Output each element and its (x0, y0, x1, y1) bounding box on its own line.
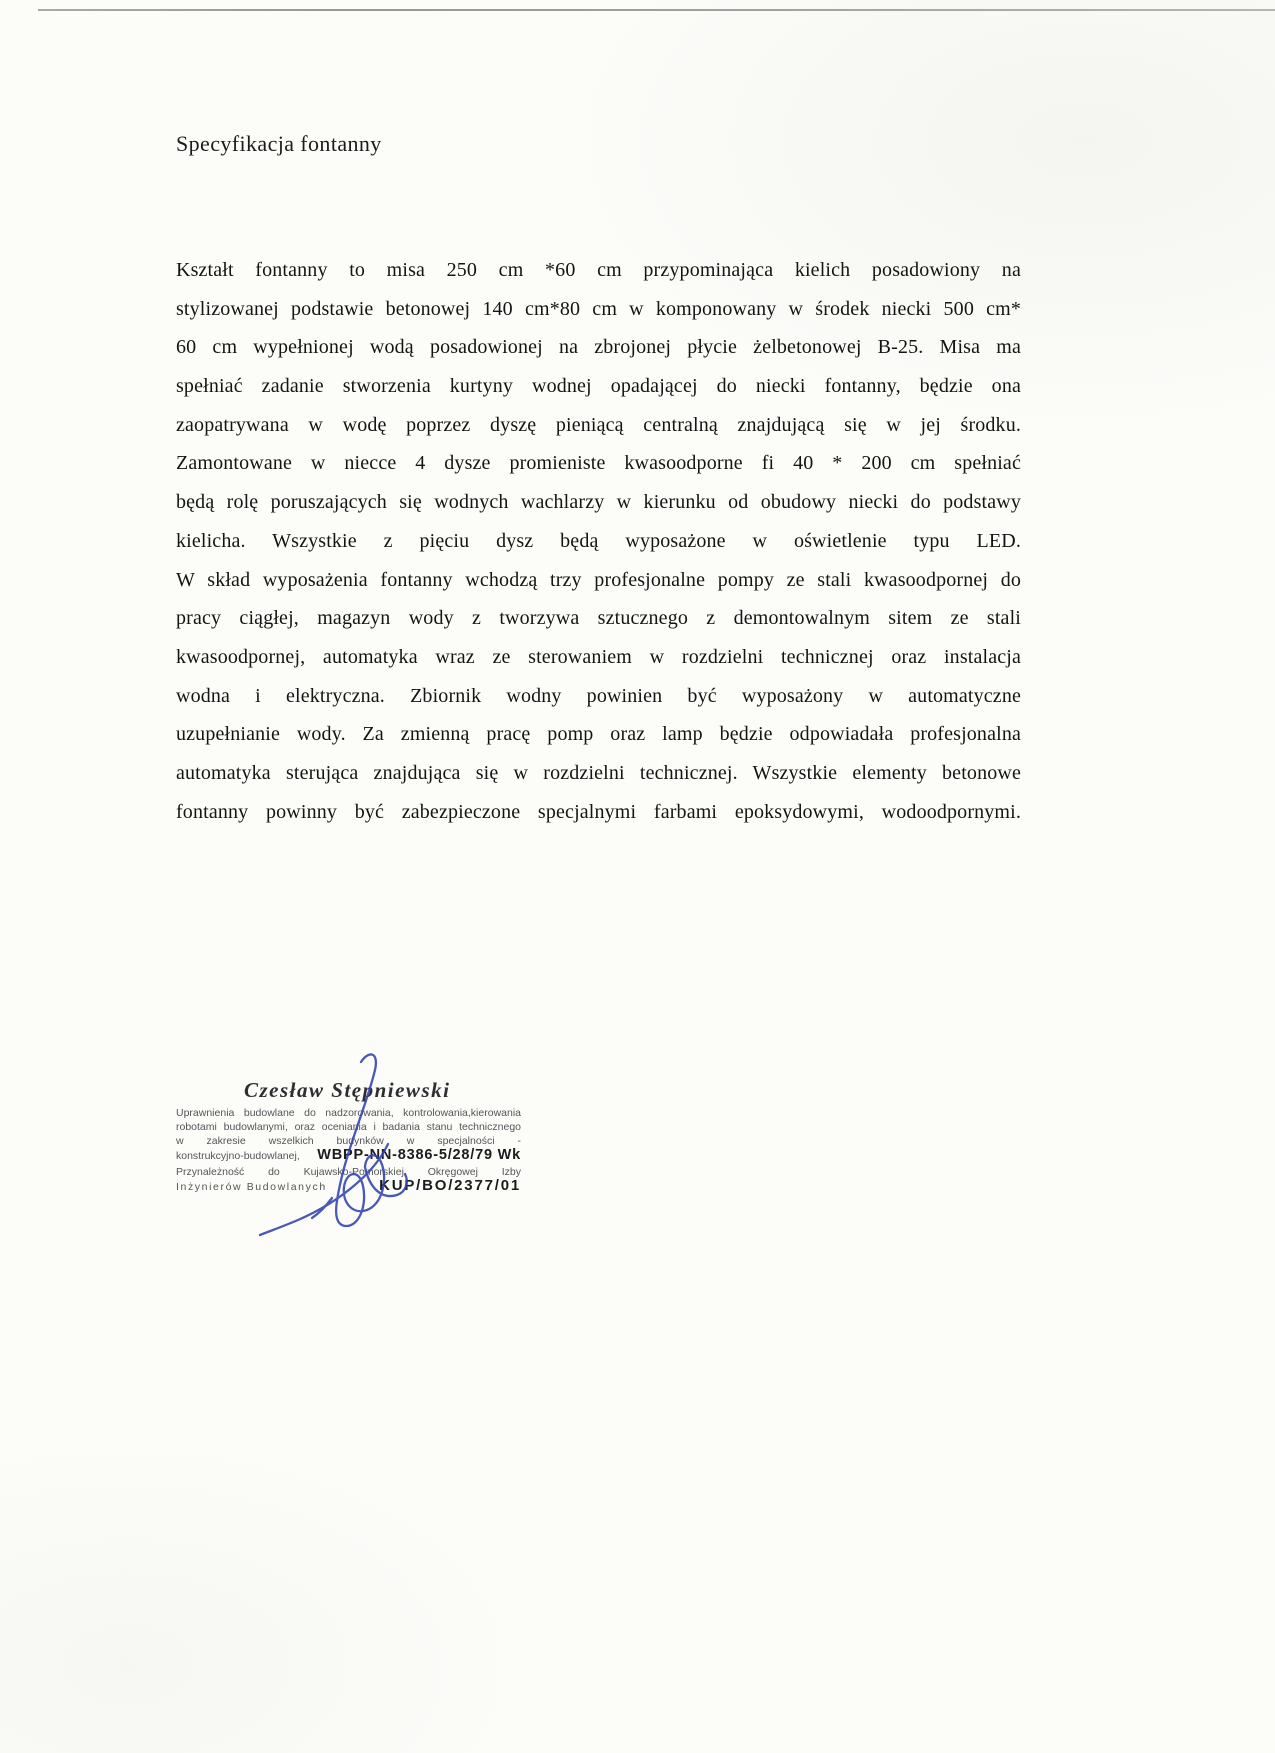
signer-name: Czesław Stępniewski (244, 1078, 521, 1103)
text-line: stylizowanej podstawie betonowej 140 cm*… (176, 290, 1021, 329)
text-line: automatyka sterująca znajdująca się w ro… (176, 754, 1021, 793)
body-paragraph: Kształt fontanny to misa 250 cm *60 cm p… (176, 251, 1021, 831)
text-line: Zamontowane w niecce 4 dysze promieniste… (176, 444, 1021, 483)
text-line: uzupełnianie wody. Za zmienną pracę pomp… (176, 715, 1021, 754)
text-line: 60 cm wypełnionej wodą posadowionej na z… (176, 328, 1021, 367)
document-title: Specyfikacja fontanny (176, 131, 382, 157)
text-line: fontanny powinny być zabezpieczone specj… (176, 793, 1021, 832)
membership-number: KUP/BO/2377/01 (379, 1179, 521, 1193)
stamp-membership-line: Inżynierów Budowlanych KUP/BO/2377/01 (176, 1179, 521, 1196)
scan-artifact-line (38, 9, 1275, 11)
text-line: W skład wyposażenia fontanny wchodzą trz… (176, 561, 1021, 600)
text-line: kielicha. Wszystkie z pięciu dysz będą w… (176, 522, 1021, 561)
stamp-line: Uprawnienia budowlane do nadzorowania, k… (176, 1106, 521, 1120)
text-line: wodna i elektryczna. Zbiornik wodny powi… (176, 677, 1021, 716)
stamp-line-text: konstrukcyjno-budowlanej, (176, 1149, 300, 1163)
stamp-line: robotami budowlanymi, oraz oceniania i b… (176, 1120, 521, 1134)
stamp-line: w zakresie wszelkich budynków w specjaln… (176, 1134, 521, 1148)
certificate-number: WBPP-NN-8386-5/28/79 Wk (317, 1148, 521, 1162)
stamp-line-text: Inżynierów Budowlanych (176, 1180, 327, 1194)
text-line: zaopatrywana w wodę poprzez dyszę pienią… (176, 406, 1021, 445)
text-line: Kształt fontanny to misa 250 cm *60 cm p… (176, 251, 1021, 290)
text-line: pracy ciągłej, magazyn wody z tworzywa s… (176, 599, 1021, 638)
stamp-certificate-line: konstrukcyjno-budowlanej, WBPP-NN-8386-5… (176, 1148, 521, 1165)
credentials-stamp: Uprawnienia budowlane do nadzorowania, k… (176, 1106, 521, 1196)
signature-stamp-block: Czesław Stępniewski Uprawnienia budowlan… (176, 1078, 521, 1196)
text-line: spełniać zadanie stworzenia kurtyny wodn… (176, 367, 1021, 406)
text-line: będą rolę poruszających się wodnych wach… (176, 483, 1021, 522)
scanned-document-page: Specyfikacja fontanny Kształt fontanny t… (0, 0, 1275, 1753)
text-line: kwasoodpornej, automatyka wraz ze sterow… (176, 638, 1021, 677)
